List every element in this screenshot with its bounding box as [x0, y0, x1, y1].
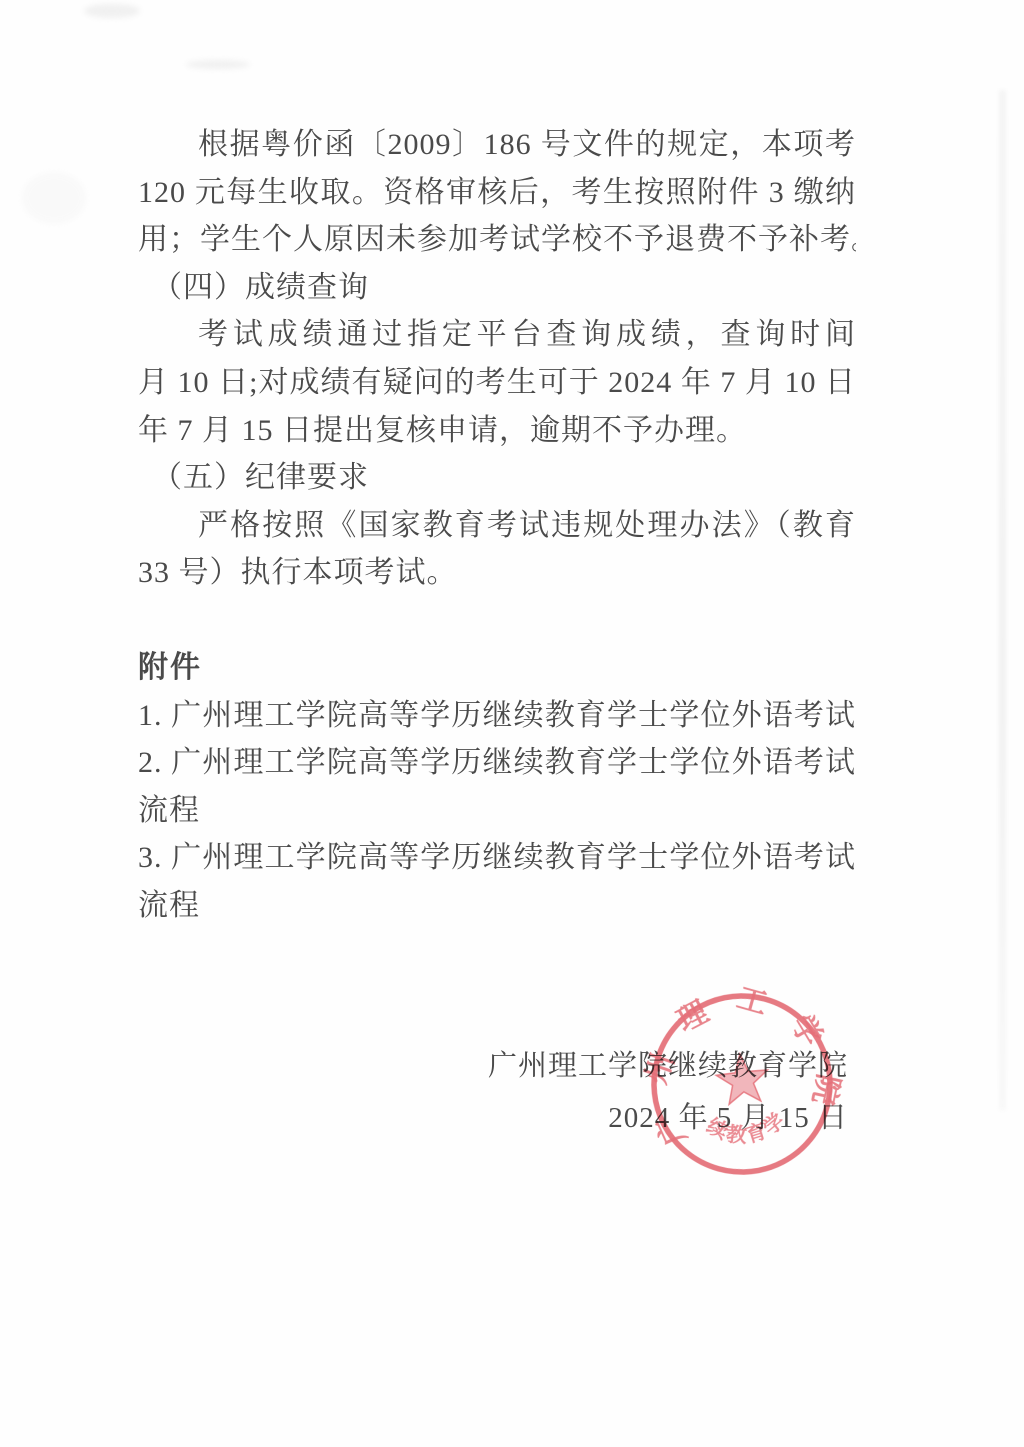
- attachment-line: 附件: [138, 644, 856, 692]
- body-text: 根据粤价函〔2009〕186 号文件的规定，本项考试费按120 元每生收取。资格…: [138, 121, 856, 597]
- text-line: 严格按照《国家教育考试违规处理办法》（教育部令第: [138, 502, 856, 550]
- text-line: 120 元每生收取。资格审核后，考生按照附件 3 缴纳考试费: [138, 169, 856, 217]
- text-line: 月 10 日;对成绩有疑问的考生可于 2024 年 7 月 10 日至 2024: [138, 359, 856, 407]
- attachment-line: 流程: [138, 882, 856, 930]
- document-page: 根据粤价函〔2009〕186 号文件的规定，本项考试费按120 元每生收取。资格…: [0, 0, 1024, 1447]
- attachment-line: 1. 广州理工学院高等学历继续教育学士学位外语考试样卷: [138, 692, 856, 740]
- text-line: （四）成绩查询: [138, 264, 856, 312]
- attachment-line: 流程: [138, 787, 856, 835]
- attachment-line: 2. 广州理工学院高等学历继续教育学士学位外语考试报名: [138, 739, 856, 787]
- scan-edge-shadow: [999, 90, 1006, 1110]
- attachments-section: 附件1. 广州理工学院高等学历继续教育学士学位外语考试样卷2. 广州理工学院高等…: [138, 644, 856, 930]
- scan-smudge: [186, 60, 250, 69]
- text-line: 用；学生个人原因未参加考试学校不予退费不予补考。: [138, 216, 856, 264]
- text-line: 33 号）执行本项考试。: [138, 549, 856, 597]
- text-line: 考试成绩通过指定平台查询成绩，查询时间 2024 年 7: [138, 311, 856, 359]
- text-line: （五）纪律要求: [138, 454, 856, 502]
- official-seal-stamp: 广州理工学院 继续教育学院: [616, 958, 869, 1211]
- scan-smudge: [84, 4, 140, 18]
- scan-smudge: [22, 172, 86, 224]
- star-icon: [714, 1051, 770, 1105]
- text-line: 根据粤价函〔2009〕186 号文件的规定，本项考试费按: [138, 121, 856, 169]
- text-line: 年 7 月 15 日提出复核申请，逾期不予办理。: [138, 407, 856, 455]
- attachment-line: 3. 广州理工学院高等学历继续教育学士学位外语考试缴费: [138, 834, 856, 882]
